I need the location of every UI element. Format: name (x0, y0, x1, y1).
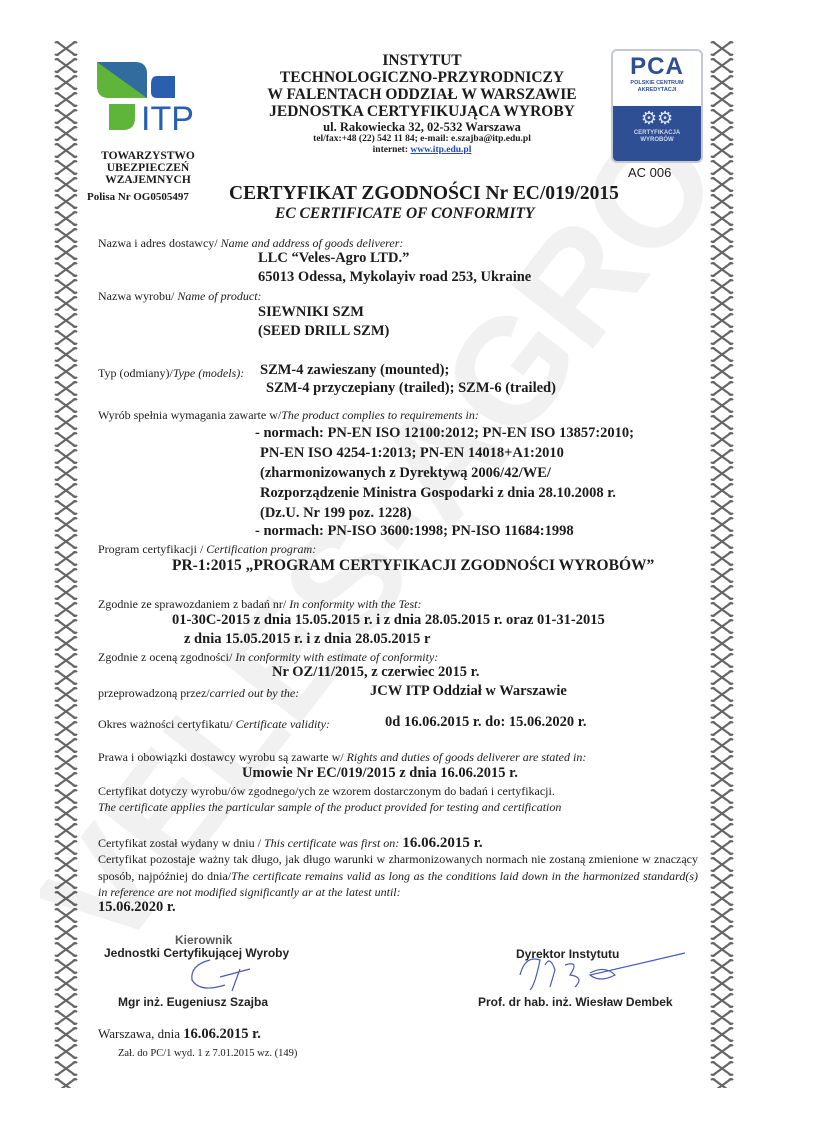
institute-line: W FALENTACH ODDZIAŁ W WARSZAWIE (232, 86, 612, 103)
pca-subtitle: POLSKIE CENTRUM (613, 80, 701, 87)
carried-out-value: JCW ITP Oddział w Warszawie (370, 683, 567, 700)
left-signatory-name: Mgr inż. Eugeniusz Szajba (118, 995, 268, 1009)
insurer-line: TOWARZYSTWO (88, 150, 208, 162)
requirement-line: Rozporządzenie Ministra Gospodarki z dni… (260, 485, 616, 502)
deliverer-name: LLC “Veles-Agro LTD.” (258, 250, 409, 267)
right-signatory-name: Prof. dr hab. inż. Wiesław Dembek (478, 995, 673, 1009)
right-signature (505, 945, 695, 995)
program-label: Program certyfikacji / Certification pro… (98, 542, 316, 557)
type-line: SZM-4 zawieszany (mounted); (260, 362, 449, 379)
applies-text-en: The certificate applies the particular s… (98, 800, 561, 815)
rights-value: Umowie Nr EC/019/2015 z dnia 16.06.2015 … (242, 765, 518, 782)
institute-line: TECHNOLOGICZNO-PRZYRODNICZY (232, 69, 612, 86)
issued-date: 16.06.2015 r. (402, 835, 482, 851)
pca-cert-label: WYROBÓW (613, 137, 701, 144)
accreditation-code: AC 006 (628, 165, 671, 180)
institute-address: ul. Rakowiecka 32, 02-532 Warszawa (232, 120, 612, 134)
policy-number: Polisa Nr OG0505497 (87, 191, 189, 203)
requirement-line: - normach: PN-EN ISO 12100:2012; PN-EN I… (255, 425, 634, 442)
test-label: Zgodnie ze sprawozdaniem z badań nr/ In … (98, 597, 421, 612)
left-signature (170, 955, 280, 995)
institute-line: INSTYTUT (232, 52, 612, 69)
requirement-line: PN-EN ISO 4254-1:2013; PN-EN 14018+A1:20… (260, 445, 564, 462)
requirement-line: (Dz.U. Nr 199 poz. 1228) (260, 505, 412, 522)
type-line: SZM-4 przyczepiany (trailed); SZM-6 (tra… (266, 380, 556, 397)
estimate-label: Zgodnie z oceną zgodności/ In conformity… (98, 650, 438, 665)
test-line: z dnia 15.05.2015 r. i z dnia 28.05.2015… (184, 631, 430, 648)
institute-contact: tel/fax:+48 (22) 542 11 84; e-mail: e.sz… (232, 134, 612, 145)
requirement-line: - normach: PN-ISO 3600:1998; PN-ISO 1168… (255, 523, 574, 540)
itp-leaf-icon: ITP (95, 58, 205, 143)
svg-text:ITP: ITP (141, 100, 194, 138)
rights-label: Prawa i obowiązki dostawcy wyrobu są zaw… (98, 750, 586, 765)
institute-line: JEDNOSTKA CERTYFIKUJĄCA WYROBY (232, 103, 612, 120)
pca-title: PCA (613, 54, 701, 80)
website-link[interactable]: www.itp.edu.pl (410, 145, 471, 155)
gears-icon: ⚙⚙ (613, 106, 701, 130)
product-name-pl: SIEWNIKI SZM (258, 304, 364, 321)
decorative-border-right (708, 40, 736, 1088)
deliverer-address: 65013 Odessa, Mykolayiv road 253, Ukrain… (258, 269, 531, 286)
remains-valid-date: 15.06.2020 r. (98, 899, 176, 916)
issued-label: Certyfikat został wydany w dniu / This c… (98, 835, 483, 852)
decorative-border-left (52, 40, 80, 1088)
estimate-value: Nr OZ/11/2015, z czerwiec 2015 r. (272, 664, 479, 681)
type-label: Typ (odmiany)/Type (models): (98, 366, 244, 381)
requirements-label: Wyrób spełnia wymagania zawarte w/The pr… (98, 408, 479, 423)
validity-label: Okres ważności certyfikatu/ Certificate … (98, 717, 330, 732)
institute-header: INSTYTUT TECHNOLOGICZNO-PRZYRODNICZY W F… (232, 52, 612, 156)
pca-subtitle: AKREDYTACJI (613, 87, 701, 94)
product-name-en: (SEED DRILL SZM) (258, 323, 389, 340)
requirement-line: (zharmonizowanych z Dyrektywą 2006/42/WE… (260, 465, 551, 482)
left-signatory-role: Kierownik (175, 933, 232, 947)
certificate-subtitle: EC CERTIFICATE OF CONFORMITY (275, 205, 534, 223)
pca-cert-label: CERTYFIKACJA (613, 130, 701, 137)
insurer-line: WZAJEMNYCH (88, 174, 208, 186)
pca-accreditation-badge: PCA POLSKIE CENTRUM AKREDYTACJI ⚙⚙ CERTY… (611, 49, 703, 163)
program-value: PR-1:2015 „PROGRAM CERTYFIKACJI ZGODNOŚC… (172, 557, 654, 575)
internet-label: internet: (373, 145, 408, 155)
place-date: Warszawa, dnia 16.06.2015 r. (98, 1026, 261, 1043)
remains-valid-text: Certyfikat pozostaje ważny tak długo, ja… (98, 851, 698, 901)
carried-out-label: przeprowadzoną przez/carried out by the: (98, 686, 299, 701)
deliverer-label: Nazwa i adres dostawcy/ Name and address… (98, 236, 403, 251)
annex-reference: Zał. do PC/1 wyd. 1 z 7.01.2015 wz. (149… (118, 1048, 297, 1059)
insurer-name: TOWARZYSTWO UBEZPIECZEŃ WZAJEMNYCH (88, 150, 208, 186)
certificate-title: CERTYFIKAT ZGODNOŚCI Nr EC/019/2015 (229, 183, 619, 205)
itp-logo: ITP (95, 58, 205, 143)
applies-text-pl: Certyfikat dotyczy wyrobu/ów zgodnego/yc… (98, 784, 555, 799)
test-line: 01-30C-2015 z dnia 15.05.2015 r. i z dni… (172, 612, 605, 629)
product-label: Nazwa wyrobu/ Name of product: (98, 289, 262, 304)
insurer-line: UBEZPIECZEŃ (88, 162, 208, 174)
validity-value: 0d 16.06.2015 r. do: 15.06.2020 r. (385, 714, 587, 731)
